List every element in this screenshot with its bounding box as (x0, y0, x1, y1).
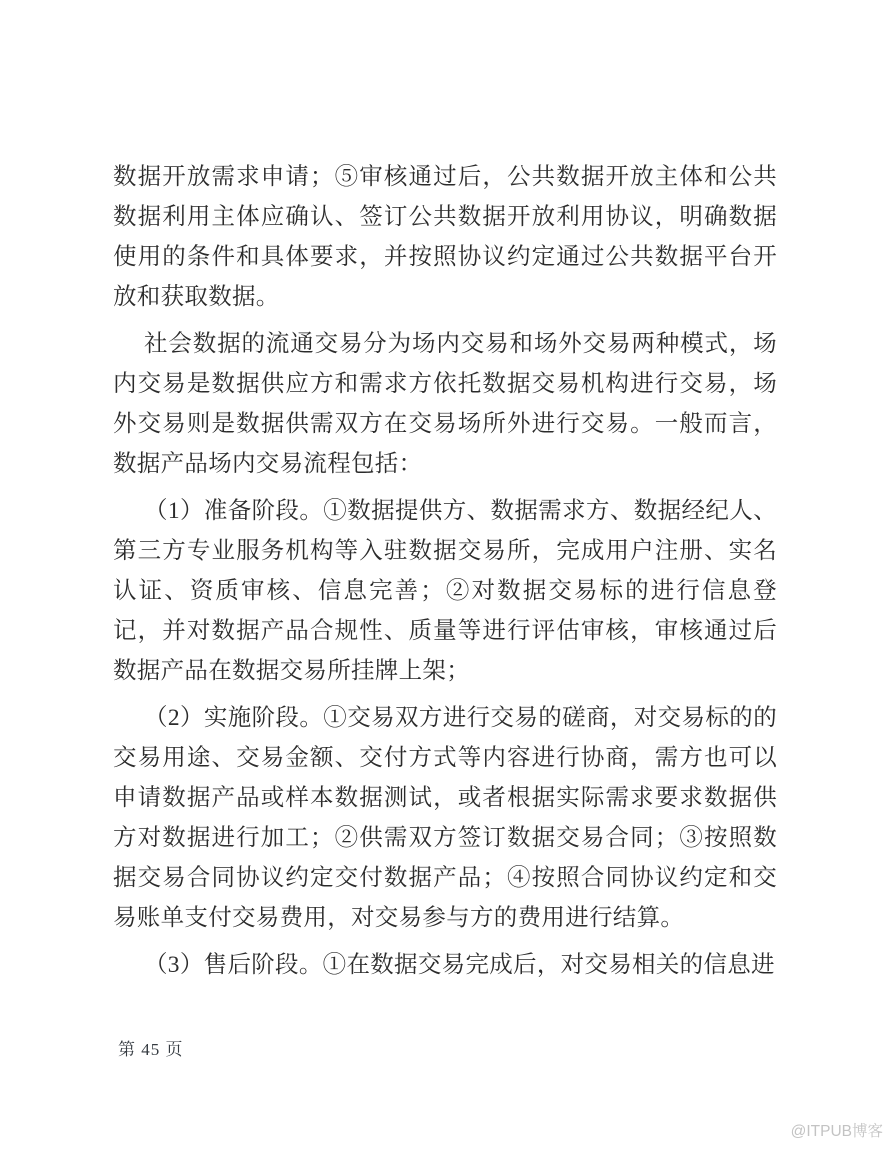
paragraph-stage-2-implementation: （2）实施阶段。①交易双方进行交易的磋商，对交易标的的交易用途、交易金额、交付方… (113, 698, 777, 938)
page-number: 第 45 页 (118, 1040, 184, 1060)
document-page: 数据开放需求申请；⑤审核通过后，公共数据开放主体和公共数据利用主体应确认、签订公… (0, 0, 890, 1151)
paragraph-social-data-trading: 社会数据的流通交易分为场内交易和场外交易两种模式，场内交易是数据供应方和需求方依… (113, 324, 777, 484)
paragraph-stage-3-aftersale: （3）售后阶段。①在数据交易完成后，对交易相关的信息进 (113, 945, 777, 985)
watermark: @ITPUB博客 (791, 1123, 883, 1141)
paragraph-continuation: 数据开放需求申请；⑤审核通过后，公共数据开放主体和公共数据利用主体应确认、签订公… (113, 157, 777, 317)
document-body-text: 数据开放需求申请；⑤审核通过后，公共数据开放主体和公共数据利用主体应确认、签订公… (113, 157, 777, 985)
paragraph-stage-1-preparation: （1）准备阶段。①数据提供方、数据需求方、数据经纪人、第三方专业服务机构等入驻数… (113, 491, 777, 691)
